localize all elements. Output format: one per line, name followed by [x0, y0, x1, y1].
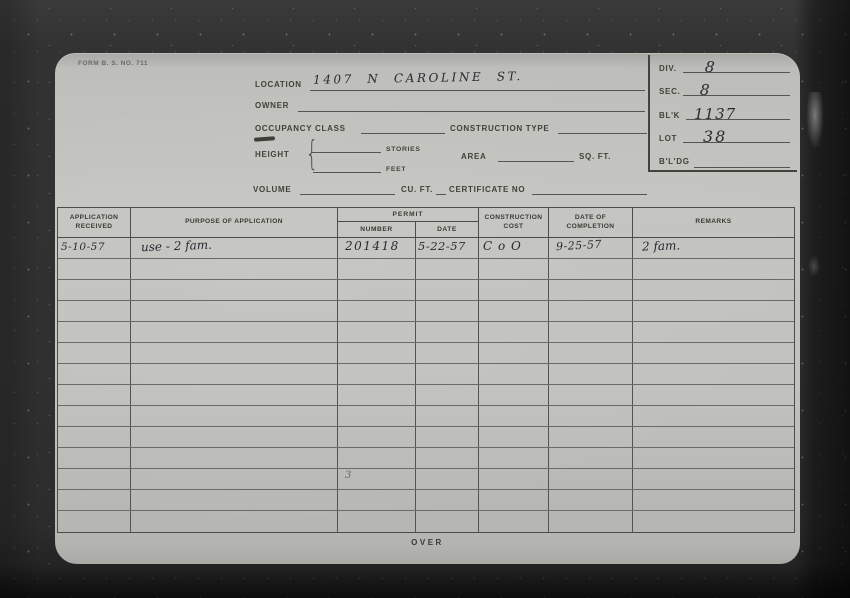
cell-purpose — [131, 385, 338, 405]
permit-index-card: FORM B. S. NO. 711 LOCATION 1407 N CAROL… — [55, 53, 800, 564]
scanned-permit-card-photo: FORM B. S. NO. 711 LOCATION 1407 N CAROL… — [0, 0, 850, 598]
cell-purpose — [131, 448, 338, 468]
stories-label: STORIES — [386, 146, 421, 153]
cell-number: 3 — [338, 469, 416, 489]
cell-cost — [479, 343, 549, 363]
cell-purpose — [131, 427, 338, 447]
handwritten-number: 201418 — [345, 239, 400, 253]
header-application-received: APPLICATION RECEIVED — [58, 208, 131, 237]
cell-received — [58, 385, 131, 405]
parcel-info-box: DIV. 8 SEC. 8 BL'K 1137 LOT 38 B'L'DG — [648, 55, 797, 172]
cell-number — [338, 301, 416, 321]
height-label: HEIGHT — [255, 150, 289, 159]
table-row — [58, 280, 794, 301]
header-date-of-completion: DATE OF COMPLETION — [549, 208, 633, 237]
header-permit-group: PERMIT NUMBER DATE — [338, 208, 479, 237]
film-edge-right — [794, 0, 850, 598]
cell-number — [338, 322, 416, 342]
cell-received — [58, 343, 131, 363]
stories-line — [311, 152, 381, 153]
cell-number — [338, 343, 416, 363]
cell-cost — [479, 406, 549, 426]
table-row: 3 — [58, 469, 794, 490]
header-construction-cost: CONSTRUCTION COST — [479, 208, 549, 237]
cell-completion — [549, 490, 633, 510]
cell-number — [338, 385, 416, 405]
film-artifact — [808, 255, 820, 277]
parcel-row-div: DIV. 8 — [650, 55, 797, 78]
parcel-row-bldg: B'L'DG — [650, 148, 797, 171]
certificate-label: CERTIFICATE NO — [449, 185, 525, 194]
parcel-row-sec: SEC. 8 — [650, 78, 797, 101]
table-row — [58, 385, 794, 406]
table-row — [58, 406, 794, 427]
cell-received: 5-10-57 — [58, 238, 131, 258]
table-row — [58, 448, 794, 469]
cell-remarks — [633, 469, 794, 489]
film-artifact — [806, 92, 824, 150]
cell-number — [338, 448, 416, 468]
area-line — [498, 161, 574, 162]
feet-label: FEET — [386, 166, 406, 173]
header-permit-date: DATE — [416, 222, 478, 237]
cell-number — [338, 490, 416, 510]
cell-date — [416, 448, 479, 468]
over-label: OVER — [55, 538, 800, 547]
certificate-line — [532, 194, 647, 195]
construction-type-line — [558, 133, 647, 134]
cell-date — [416, 385, 479, 405]
parcel-row-blk: BL'K 1137 — [650, 101, 797, 124]
table-row — [58, 490, 794, 511]
cell-remarks — [633, 427, 794, 447]
table-row — [58, 364, 794, 385]
cell-received — [58, 259, 131, 279]
cell-date — [416, 511, 479, 532]
ink-smudge — [254, 136, 275, 141]
cell-received — [58, 511, 131, 532]
handwritten-cost: C o O — [483, 239, 522, 253]
table-body: 5-10-57use - 2 fam.2014185-22-57C o O9-2… — [58, 238, 794, 532]
cell-remarks — [633, 301, 794, 321]
handwritten-date: 5-22-57 — [418, 239, 466, 253]
cell-date — [416, 322, 479, 342]
cell-completion — [549, 301, 633, 321]
location-line — [310, 90, 645, 91]
lot-label: LOT — [659, 134, 677, 143]
height-brace: { — [305, 137, 318, 171]
table-row — [58, 322, 794, 343]
sec-label: SEC. — [659, 87, 680, 96]
cell-number — [338, 427, 416, 447]
area-unit-label: SQ. FT. — [579, 152, 611, 161]
owner-label: OWNER — [255, 101, 289, 110]
table-row — [58, 301, 794, 322]
handwritten-received: 5-10-57 — [61, 241, 105, 253]
film-edge-bottom — [0, 564, 850, 598]
cell-remarks — [633, 385, 794, 405]
cell-cost — [479, 364, 549, 384]
table-header: APPLICATION RECEIVED PURPOSE OF APPLICAT… — [58, 208, 794, 238]
header-permit: PERMIT — [338, 208, 478, 222]
cell-cost — [479, 427, 549, 447]
cell-purpose — [131, 322, 338, 342]
cell-completion — [549, 385, 633, 405]
cell-cost — [479, 490, 549, 510]
cell-remarks — [633, 280, 794, 300]
cell-number — [338, 511, 416, 532]
cell-cost — [479, 280, 549, 300]
cell-remarks — [633, 448, 794, 468]
cell-date — [416, 469, 479, 489]
handwritten-completion: 9-25-57 — [556, 238, 603, 253]
cell-date — [416, 280, 479, 300]
cell-completion — [549, 448, 633, 468]
cell-received — [58, 490, 131, 510]
table-row — [58, 259, 794, 280]
cell-completion — [549, 511, 633, 532]
header-purpose: PURPOSE OF APPLICATION — [131, 208, 338, 237]
cell-remarks — [633, 490, 794, 510]
cell-purpose — [131, 259, 338, 279]
cell-completion — [549, 427, 633, 447]
cell-completion — [549, 364, 633, 384]
cell-cost — [479, 259, 549, 279]
area-label: AREA — [461, 152, 486, 161]
cell-completion — [549, 280, 633, 300]
cell-purpose — [131, 301, 338, 321]
div-value: 8 — [704, 58, 715, 77]
cell-date — [416, 364, 479, 384]
bldg-label: B'L'DG — [659, 157, 690, 166]
blk-value: 1137 — [694, 105, 736, 123]
cell-remarks — [633, 259, 794, 279]
lot-value: 38 — [703, 127, 727, 146]
header-permit-number: NUMBER — [338, 222, 416, 237]
certificate-dash-line — [436, 194, 446, 195]
handwritten-remarks: 2 fam. — [642, 238, 681, 253]
lot-line — [683, 142, 790, 143]
form-number-print: FORM B. S. NO. 711 — [78, 60, 148, 67]
cell-purpose — [131, 364, 338, 384]
cell-completion — [549, 259, 633, 279]
cell-received — [58, 364, 131, 384]
table-row — [58, 511, 794, 532]
parcel-row-lot: LOT 38 — [650, 125, 797, 148]
cell-remarks — [633, 322, 794, 342]
cell-completion — [549, 469, 633, 489]
cell-number — [338, 280, 416, 300]
cell-purpose — [131, 490, 338, 510]
bldg-line — [694, 167, 790, 168]
cell-date — [416, 301, 479, 321]
cell-purpose — [131, 406, 338, 426]
cell-received — [58, 427, 131, 447]
cell-number — [338, 364, 416, 384]
occupancy-class-label: OCCUPANCY CLASS — [255, 124, 346, 133]
cell-cost — [479, 511, 549, 532]
cell-completion — [549, 322, 633, 342]
cell-completion — [549, 406, 633, 426]
handwritten-purpose: use - 2 fam. — [141, 238, 212, 254]
cell-purpose — [131, 511, 338, 532]
cell-date — [416, 406, 479, 426]
cell-remarks — [633, 511, 794, 532]
cell-remarks — [633, 343, 794, 363]
permit-history-table: APPLICATION RECEIVED PURPOSE OF APPLICAT… — [57, 207, 795, 533]
occupancy-class-line — [361, 133, 445, 134]
location-value: 1407 N CAROLINE ST. — [313, 69, 523, 87]
cell-purpose — [131, 469, 338, 489]
cell-cost — [479, 448, 549, 468]
cell-received — [58, 301, 131, 321]
div-line — [683, 72, 790, 73]
film-edge-left — [0, 0, 40, 598]
cell-number — [338, 259, 416, 279]
cell-remarks — [633, 364, 794, 384]
cell-cost — [479, 301, 549, 321]
cell-received — [58, 448, 131, 468]
cell-remarks — [633, 406, 794, 426]
cell-date — [416, 427, 479, 447]
cell-date: 5-22-57 — [416, 238, 479, 258]
cell-cost: C o O — [479, 238, 549, 258]
cell-number — [338, 406, 416, 426]
cell-cost — [479, 385, 549, 405]
cell-received — [58, 322, 131, 342]
table-row: 5-10-57use - 2 fam.2014185-22-57C o O9-2… — [58, 238, 794, 259]
cell-date — [416, 490, 479, 510]
cell-purpose: use - 2 fam. — [131, 238, 338, 258]
sec-value: 8 — [699, 81, 710, 100]
volume-unit-label: CU. FT. — [401, 185, 433, 194]
cell-received — [58, 469, 131, 489]
handwritten-number: 3 — [345, 470, 353, 481]
cell-cost — [479, 469, 549, 489]
cell-cost — [479, 322, 549, 342]
volume-line — [300, 194, 395, 195]
table-row — [58, 427, 794, 448]
table-row — [58, 343, 794, 364]
header-remarks: REMARKS — [633, 208, 794, 237]
cell-completion — [549, 343, 633, 363]
feet-line — [313, 172, 381, 173]
construction-type-label: CONSTRUCTION TYPE — [450, 124, 549, 133]
cell-date — [416, 343, 479, 363]
cell-received — [58, 280, 131, 300]
location-label: LOCATION — [255, 80, 302, 89]
cell-received — [58, 406, 131, 426]
owner-line — [298, 111, 645, 112]
cell-number: 201418 — [338, 238, 416, 258]
cell-date — [416, 259, 479, 279]
cell-completion: 9-25-57 — [549, 238, 633, 258]
cell-remarks: 2 fam. — [633, 238, 794, 258]
cell-purpose — [131, 343, 338, 363]
volume-label: VOLUME — [253, 185, 291, 194]
div-label: DIV. — [659, 64, 677, 73]
blk-label: BL'K — [659, 111, 680, 120]
cell-purpose — [131, 280, 338, 300]
